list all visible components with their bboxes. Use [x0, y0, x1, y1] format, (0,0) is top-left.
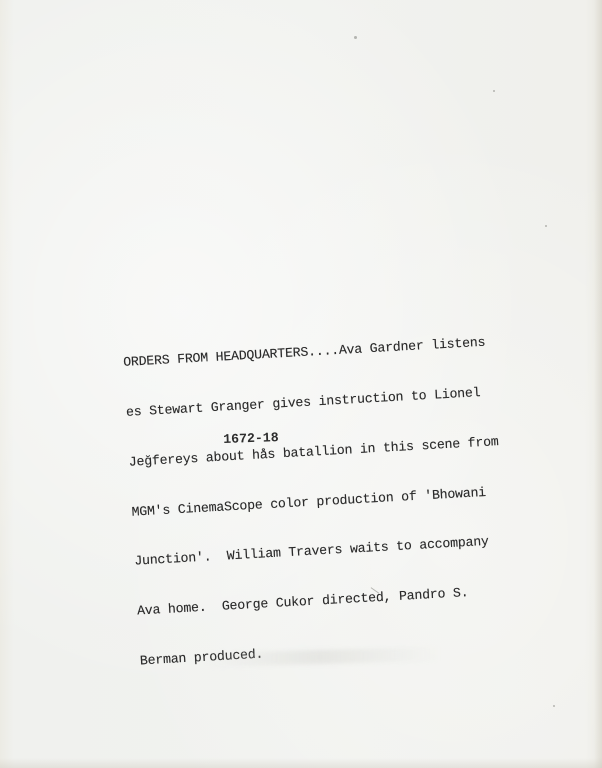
caption-line: es Stewart Granger gives instruction to … — [126, 384, 506, 422]
caption-line: MGM's CinemaScope color production of 'B… — [131, 483, 511, 521]
photo-number: 1672-18 — [223, 430, 279, 447]
dust-speck — [545, 225, 547, 227]
photo-back-page: ORDERS FROM HEADQUARTERS....Ava Gardner … — [0, 0, 602, 768]
dust-speck — [493, 90, 495, 92]
caption-line: Ava home. George Cukor directed, Pandro … — [137, 582, 517, 620]
paper-edge-right — [594, 0, 602, 768]
dust-speck — [354, 36, 357, 39]
caption-line: Junction'. William Travers waits to acco… — [134, 533, 514, 571]
caption-line: Jeğfereys about hås batallion in this sc… — [128, 433, 508, 471]
caption-line: ORDERS FROM HEADQUARTERS....Ava Gardner … — [123, 334, 503, 372]
dust-speck — [553, 705, 555, 707]
paper-edge-bottom — [0, 758, 602, 768]
typed-caption: ORDERS FROM HEADQUARTERS....Ava Gardner … — [121, 301, 522, 703]
